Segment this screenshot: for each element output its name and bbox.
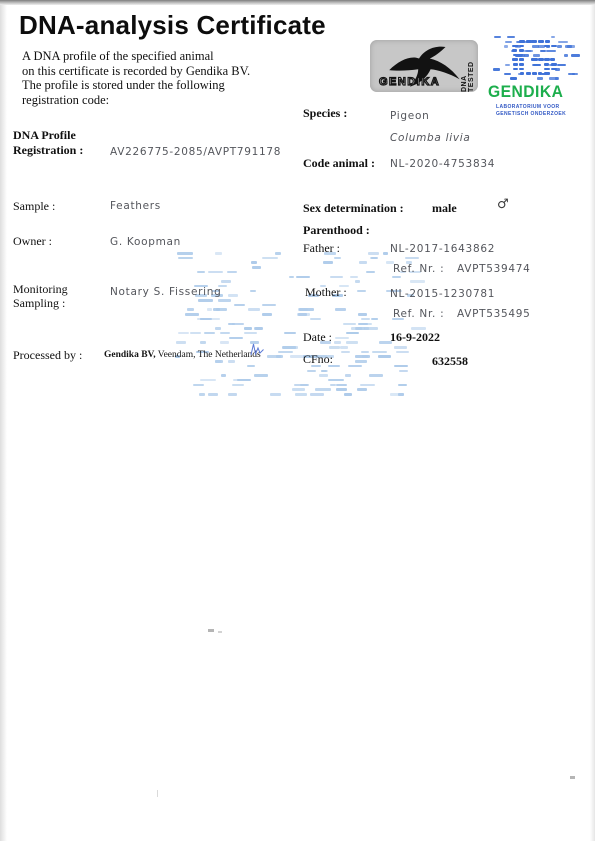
male-symbol-icon: ♂ bbox=[497, 197, 509, 212]
intro-line: A DNA profile of the specified animal bbox=[22, 49, 282, 64]
monitoring-label: Monitoring bbox=[13, 282, 68, 297]
processed-by-value: Gendika BV, Veendam, The Netherlands bbox=[104, 350, 261, 360]
mother-ref-value: AVPT535495 bbox=[457, 308, 531, 320]
owner-label: Owner : bbox=[13, 234, 52, 249]
owner-value: G. Koopman bbox=[110, 236, 181, 248]
dna-tested-text: DNA TESTED bbox=[461, 44, 475, 92]
registration-label: DNA Profile bbox=[13, 128, 76, 143]
scan-speck bbox=[208, 629, 214, 632]
species-label: Species : bbox=[303, 106, 347, 121]
species-value: Pigeon bbox=[390, 110, 429, 122]
code-animal-label: Code animal : bbox=[303, 156, 375, 171]
registration-value: AV226775-2085/AVPT791178 bbox=[110, 146, 281, 158]
registration-label: Registration : bbox=[13, 143, 83, 158]
scan-edge-top bbox=[0, 0, 595, 5]
scan-edge-left bbox=[0, 5, 7, 841]
lab-subtitle-line: LABORATORIUM VOOR bbox=[496, 104, 566, 111]
gendika-watermark-icon bbox=[175, 252, 425, 400]
intro-line: registration code: bbox=[22, 93, 282, 108]
processed-by-location: Veendam, The Netherlands bbox=[156, 350, 261, 360]
cfno-value: 632558 bbox=[432, 354, 468, 369]
scan-speck bbox=[570, 776, 575, 779]
sex-determination-label: Sex determination : bbox=[303, 201, 404, 216]
lab-subtitle-text: LABORATORIUM VOOR GENETISCH ONDERZOEK bbox=[496, 104, 566, 117]
page-title: DNA-analysis Certificate bbox=[19, 10, 326, 41]
signature-icon bbox=[250, 341, 266, 359]
date-label: Date : bbox=[303, 330, 332, 345]
lab-brand-text: GENDIKA bbox=[488, 82, 576, 102]
mother-ref-label: Ref. Nr. : bbox=[393, 308, 444, 320]
pixel-g-icon bbox=[492, 36, 580, 82]
intro-paragraph: A DNA profile of the specified animal on… bbox=[22, 49, 282, 107]
processed-by-label: Processed by : bbox=[13, 348, 82, 363]
code-animal-value: NL-2020-4753834 bbox=[390, 158, 495, 170]
monitoring-label: Sampling : bbox=[13, 296, 65, 311]
sticker-brand-text: GENDIKA bbox=[379, 76, 440, 88]
gendika-sticker-logo: GENDIKA DNA TESTED bbox=[370, 40, 478, 92]
sex-value: male bbox=[432, 201, 457, 216]
mother-label: Mother : bbox=[305, 285, 347, 300]
lab-subtitle-line: GENETISCH ONDERZOEK bbox=[496, 111, 566, 118]
intro-line: The profile is stored under the followin… bbox=[22, 78, 282, 93]
scan-speck bbox=[218, 631, 222, 633]
scan-edge-right bbox=[590, 5, 595, 841]
sample-label: Sample : bbox=[13, 199, 55, 214]
father-ref-value: AVPT539474 bbox=[457, 263, 531, 275]
certificate-page: DNA-analysis Certificate A DNA profile o… bbox=[0, 0, 595, 841]
cfno-label: CFno: bbox=[303, 352, 333, 367]
parenthood-label: Parenthood : bbox=[303, 223, 370, 238]
father-ref-label: Ref. Nr. : bbox=[393, 263, 444, 275]
intro-line: on this certificate is recorded by Gendi… bbox=[22, 64, 282, 79]
father-label: Father : bbox=[303, 241, 340, 256]
father-value: NL-2017-1643862 bbox=[390, 243, 495, 255]
processed-by-company: Gendika BV, bbox=[104, 350, 156, 360]
sample-value: Feathers bbox=[110, 200, 161, 212]
gendika-lab-logo: GENDIKA LABORATORIUM VOOR GENETISCH ONDE… bbox=[488, 36, 584, 118]
monitoring-value: Notary S. Fissering bbox=[110, 286, 222, 298]
scan-speck bbox=[157, 790, 158, 797]
mother-value: NL-2015-1230781 bbox=[390, 288, 495, 300]
species-latin-value: Columba livia bbox=[390, 132, 471, 144]
date-value: 16-9-2022 bbox=[390, 330, 440, 345]
